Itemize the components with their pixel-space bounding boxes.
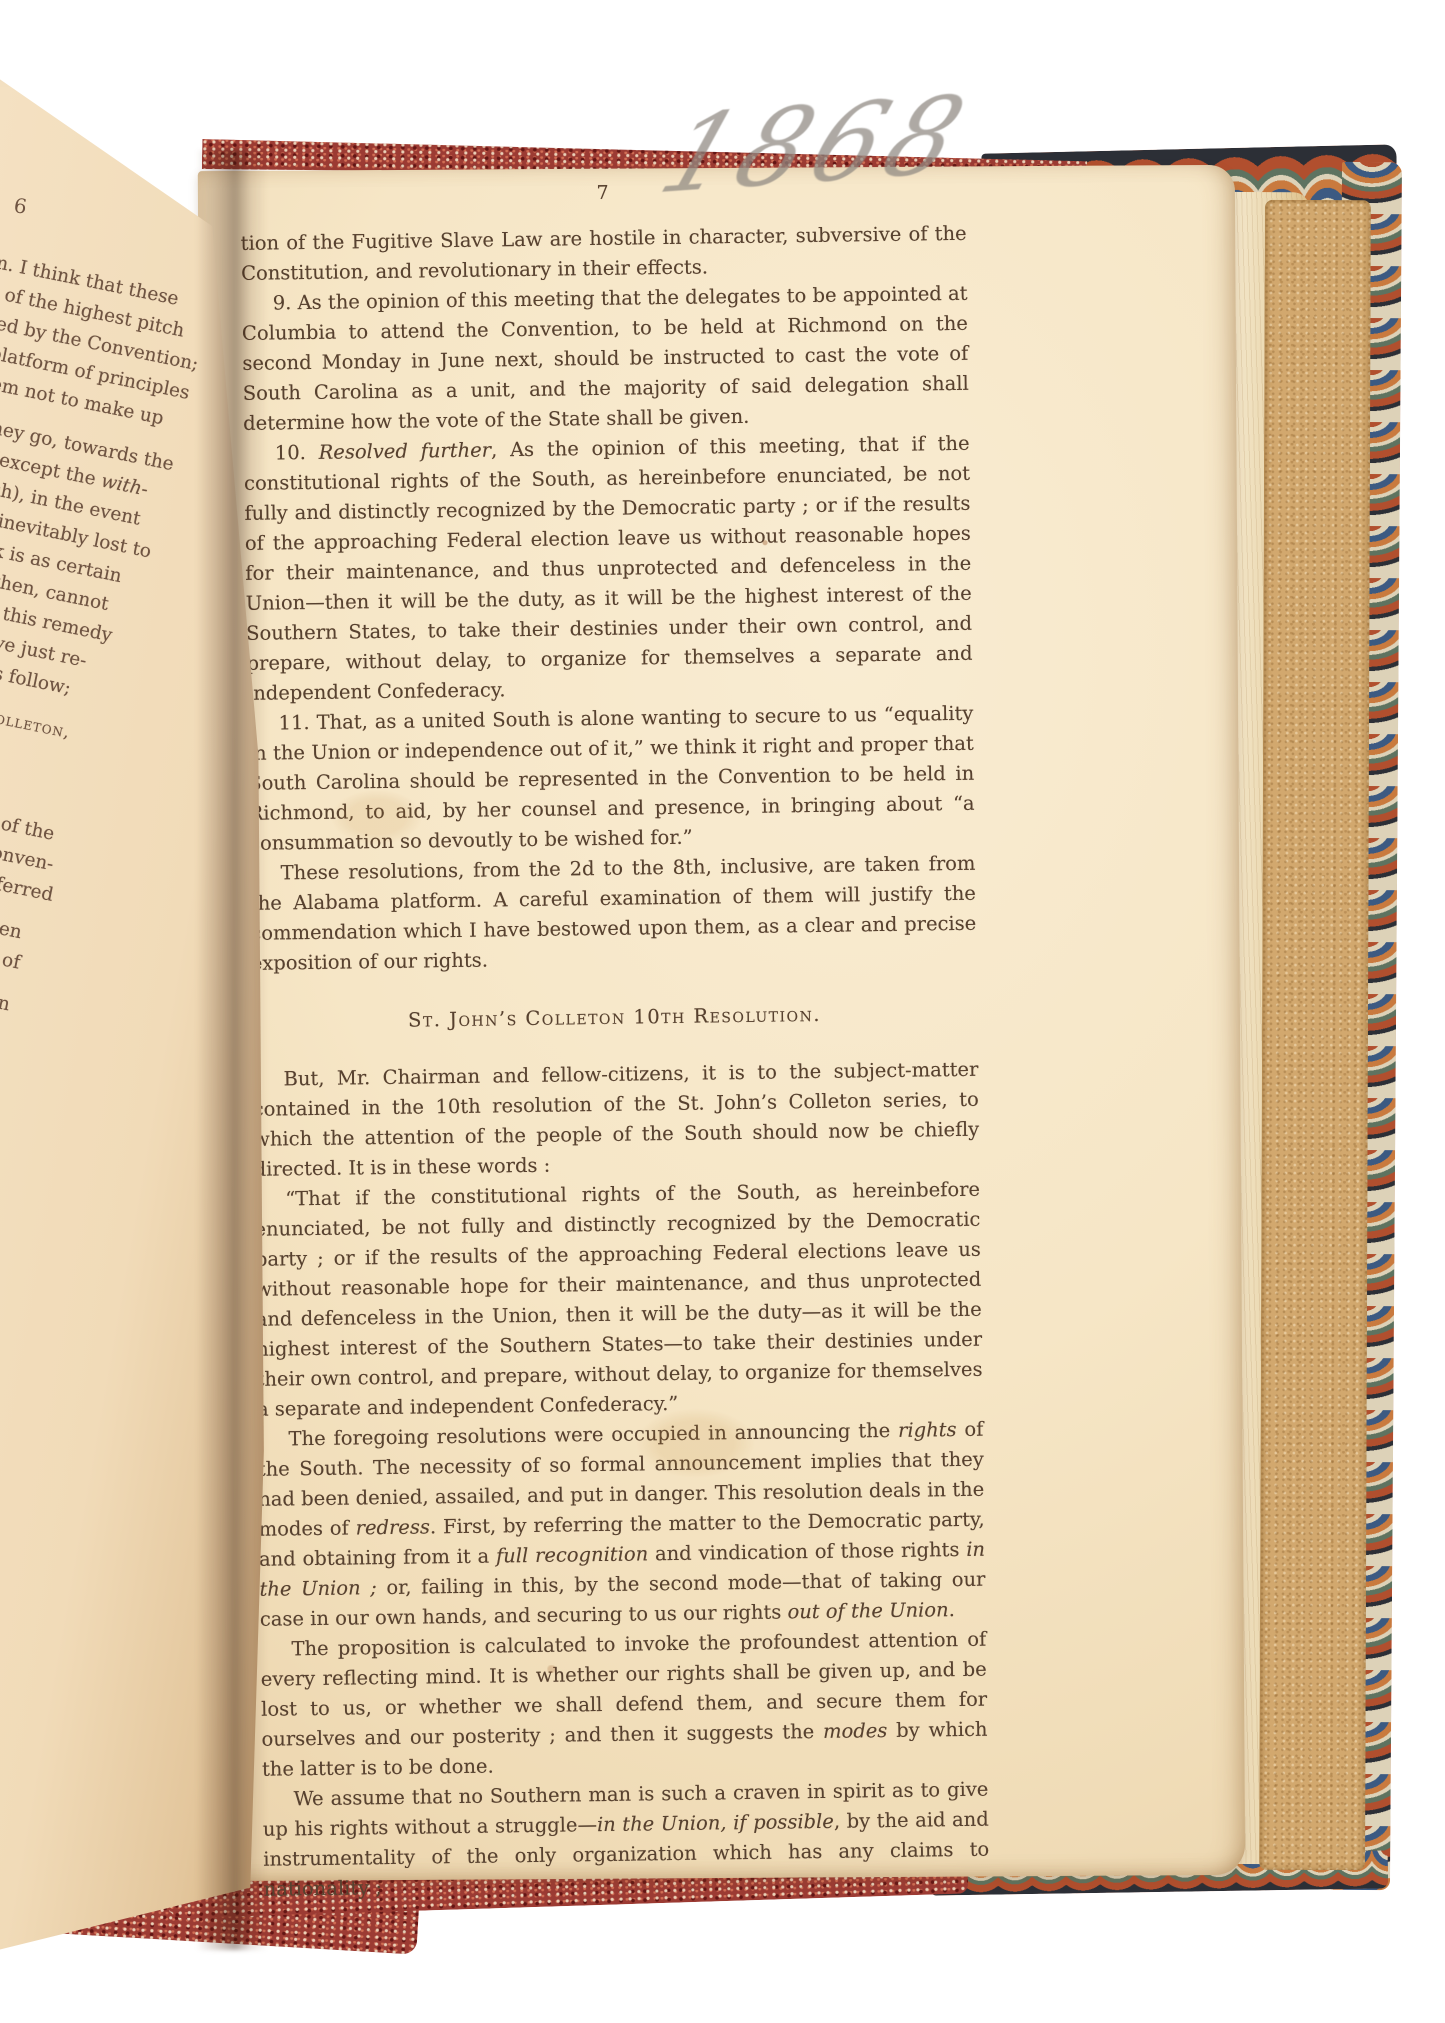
paragraph: 11. That, as a united South is alone wan…: [247, 699, 975, 859]
right-page-body: tion of the Fugitive Slave Law are hosti…: [241, 219, 990, 1905]
paragraph: These resolutions, from the 2d to the 8t…: [249, 849, 977, 979]
paragraph: 10. Resolved further, As the opinion of …: [243, 429, 973, 709]
paragraph: We assume that no Southern man is such a…: [262, 1775, 990, 1905]
page-number-6: 6: [12, 193, 28, 219]
paragraph: But, Mr. Chairman and fellow-citizens, i…: [252, 1055, 980, 1185]
paragraph: tion of the Fugitive Slave Law are hosti…: [241, 219, 968, 289]
book-photo: 7 tion of the Fugitive Slave Law are hos…: [0, 0, 1445, 2023]
section-heading: St. John’s Colleton 10th Resolution.: [251, 998, 977, 1038]
right-page: 7 tion of the Fugitive Slave Law are hos…: [198, 165, 1245, 1881]
paragraph: The foregoing resolutions were occupied …: [257, 1415, 986, 1635]
paragraph: “That if the constitutional rights of th…: [254, 1175, 983, 1425]
paragraph: 9. As the opinion of this meeting that t…: [241, 279, 969, 439]
right-page-text-block: 7 tion of the Fugitive Slave Law are hos…: [240, 173, 990, 1905]
paragraph: The proposition is calculated to invoke …: [260, 1625, 988, 1785]
pastedown-board: [1259, 200, 1371, 1870]
handwritten-year: 1868: [646, 72, 988, 218]
